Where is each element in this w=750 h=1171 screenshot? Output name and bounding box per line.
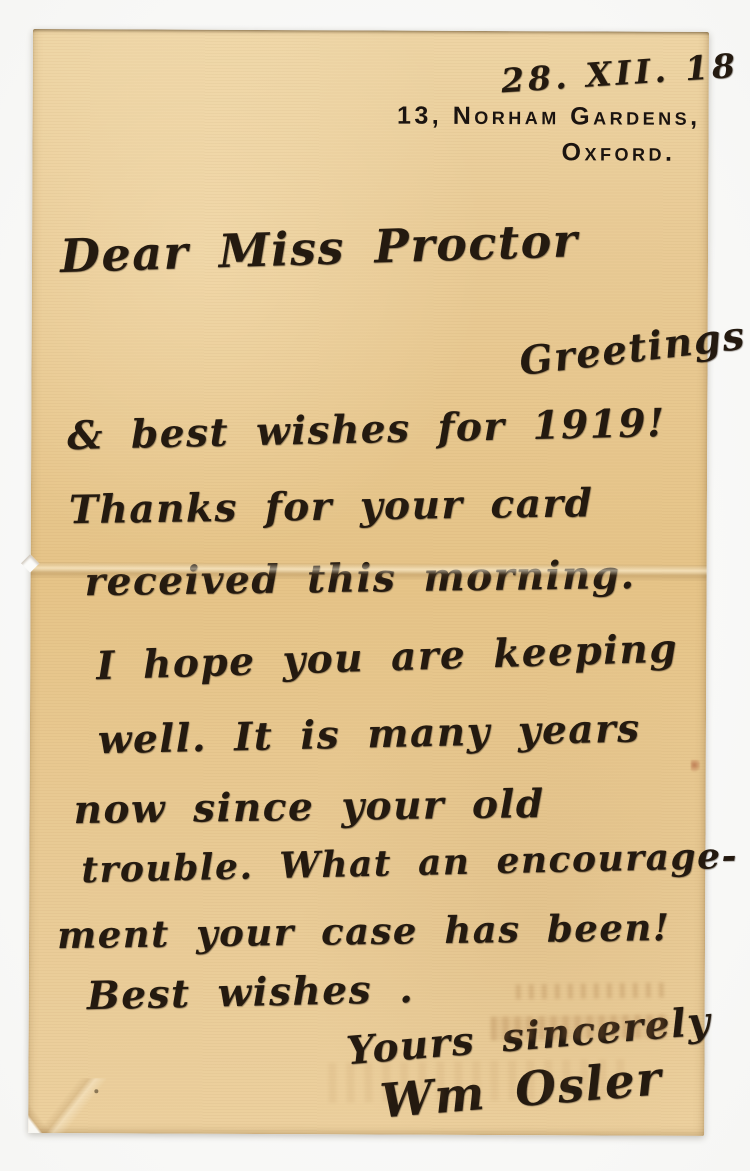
corner-dog-ear — [28, 1078, 106, 1133]
body-line: now since your old — [73, 781, 545, 833]
stamp-bleedthrough — [516, 982, 666, 999]
letter-paper: 28. XII. 18 13, Norham Gardens, Oxford. … — [28, 29, 709, 1136]
scan-background: 28. XII. 18 13, Norham Gardens, Oxford. … — [0, 0, 750, 1171]
letterhead-address-line-2: Oxford. — [561, 138, 675, 167]
body-line: Greetings — [517, 313, 748, 385]
body-line: I hope you are keeping — [96, 626, 679, 690]
stamp-bleedthrough — [490, 1014, 668, 1040]
body-line: Thanks for your card — [69, 480, 594, 533]
salutation-line: Dear Miss Proctor — [59, 213, 579, 283]
handwritten-date: 28. XII. 18 — [500, 46, 740, 101]
fold-crease — [31, 562, 707, 581]
ink-speck — [691, 760, 700, 773]
dust-speck — [94, 1089, 98, 1093]
stamp-bleedthrough — [328, 1059, 628, 1103]
body-line: & best wishes for 1919! — [67, 400, 666, 459]
letterhead-address-line-1: 13, Norham Gardens, — [397, 102, 701, 132]
body-line: Best wishes . — [86, 966, 414, 1019]
body-line: ment your case has been! — [57, 905, 671, 957]
body-line: well. It is many years — [97, 705, 641, 763]
body-line: trouble. What an encourage- — [81, 835, 738, 891]
